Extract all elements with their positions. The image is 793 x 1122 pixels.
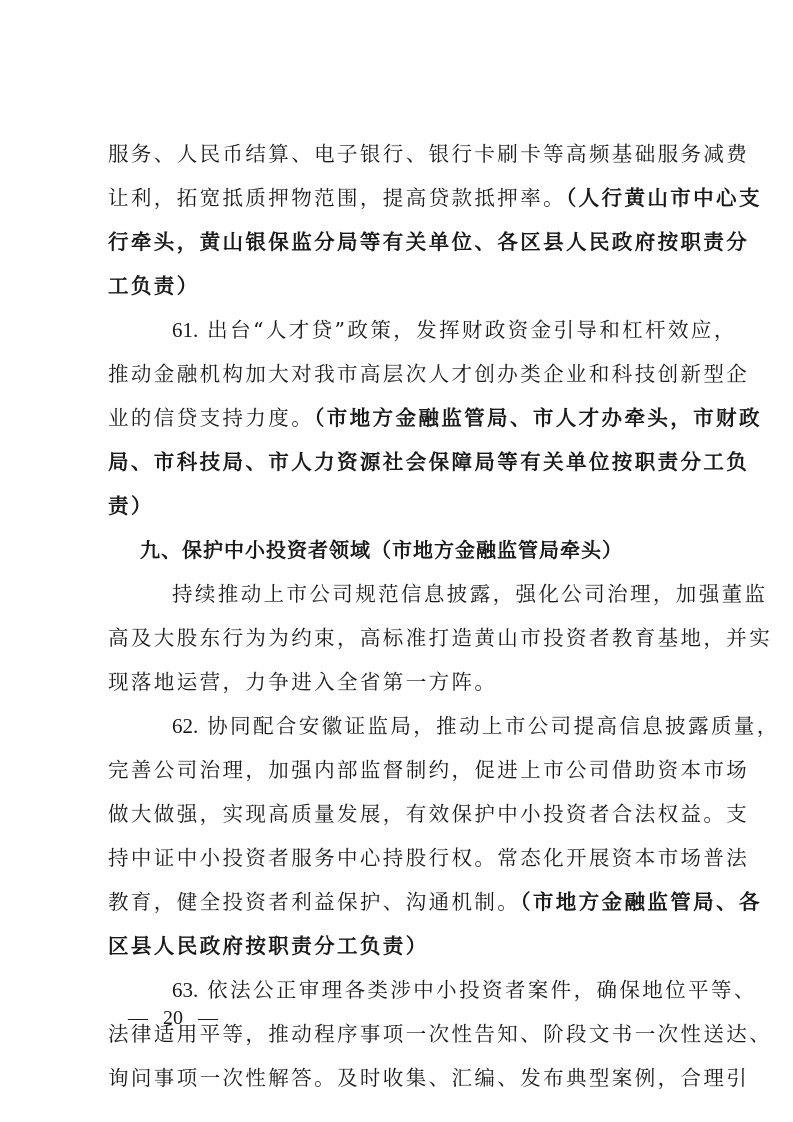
responsible-parties: （市地方金融监管局、各 (520, 890, 762, 914)
document-page: 服务、人民币结算、电子银行、银行卡刷卡等高频基础服务减费 让利，拓宽抵质押物范围… (108, 132, 698, 1100)
text-line: 区县人民政府按职责分工负责） (108, 924, 698, 968)
text-segment: 让利，拓宽抵质押物范围，提高贷款抵押率。 (108, 186, 566, 210)
text-line: 责） (108, 484, 698, 528)
text-segment: 出台“人才贷”政策，发挥财政资金引导和杠杆效应， (207, 318, 737, 342)
responsible-parties: （市地方金融监管局、市人才办牵头，市财政 (314, 406, 762, 430)
text-line: 完善公司治理，加强内部监督制约，促进上市公司借助资本市场 (108, 748, 698, 792)
text-line: 做大做强，实现高质量发展，有效保护中小投资者合法权益。支 (108, 792, 698, 836)
paragraph-section-intro: 持续推动上市公司规范信息披露，强化公司治理，加强董监 高及大股东行为为约束，高标… (108, 572, 698, 704)
paragraph-item-62: 62. 协同配合安徽证监局，推动上市公司提高信息披露质量， 完善公司治理，加强内… (108, 704, 698, 968)
text-segment: 协同配合安徽证监局，推动上市公司提高信息披露质量， (207, 714, 780, 738)
text-line: 持中证中小投资者服务中心持股行权。常态化开展资本市场普法 (108, 836, 698, 880)
text-line: 局、市科技局、市人力资源社会保障局等有关单位按职责分工负 (108, 440, 698, 484)
item-number: 61. (172, 318, 198, 342)
section-heading: 九、保护中小投资者领域（市地方金融监管局牵头） (108, 528, 698, 572)
text-line: 63. 依法公正审理各类涉中小投资者案件，确保地位平等、 (108, 968, 698, 1012)
item-number: 62. (172, 714, 198, 738)
text-line: 询问事项一次性解答。及时收集、汇编、发布典型案例，合理引 (108, 1056, 698, 1100)
text-line: 现落地运营，力争进入全省第一方阵。 (108, 660, 698, 704)
paragraph-continuation: 服务、人民币结算、电子银行、银行卡刷卡等高频基础服务减费 让利，拓宽抵质押物范围… (108, 132, 698, 308)
text-line: 让利，拓宽抵质押物范围，提高贷款抵押率。（人行黄山市中心支 (108, 176, 698, 220)
responsible-parties: （人行黄山市中心支 (566, 186, 762, 210)
paragraph-item-63: 63. 依法公正审理各类涉中小投资者案件，确保地位平等、 法律适用平等，推动程序… (108, 968, 698, 1100)
text-segment: 教育，健全投资者利益保护、沟通机制。 (108, 890, 520, 914)
text-line: 工负责） (108, 264, 698, 308)
text-line: 服务、人民币结算、电子银行、银行卡刷卡等高频基础服务减费 (108, 132, 698, 176)
text-segment: 依法公正审理各类涉中小投资者案件，确保地位平等、 (207, 978, 757, 1002)
text-line: 62. 协同配合安徽证监局，推动上市公司提高信息披露质量， (108, 704, 698, 748)
page-number: — 20 — (128, 1007, 218, 1030)
text-line: 业的信贷支持力度。（市地方金融监管局、市人才办牵头，市财政 (108, 396, 698, 440)
text-line: 高及大股东行为为约束，高标准打造黄山市投资者教育基地，并实 (108, 616, 698, 660)
text-segment: 业的信贷支持力度。 (108, 406, 314, 430)
text-line: 教育，健全投资者利益保护、沟通机制。（市地方金融监管局、各 (108, 880, 698, 924)
text-line: 61. 出台“人才贷”政策，发挥财政资金引导和杠杆效应， (108, 308, 698, 352)
text-line: 行牵头，黄山银保监分局等有关单位、各区县人民政府按职责分 (108, 220, 698, 264)
paragraph-item-61: 61. 出台“人才贷”政策，发挥财政资金引导和杠杆效应， 推动金融机构加大对我市… (108, 308, 698, 528)
item-number: 63. (172, 978, 198, 1002)
text-line: 持续推动上市公司规范信息披露，强化公司治理，加强董监 (108, 572, 698, 616)
text-line: 推动金融机构加大对我市高层次人才创办类企业和科技创新型企 (108, 352, 698, 396)
